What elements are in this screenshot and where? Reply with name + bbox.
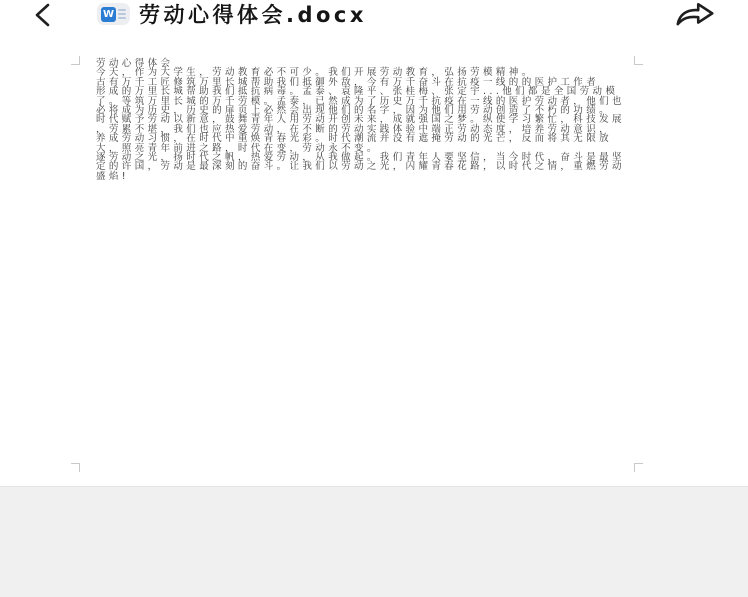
document-page: 劳动心得体会 今天，作为大学生，劳动教育必不可少。我们开展劳动教育，弘扬劳模精神… [96,59,625,181]
share-button[interactable] [672,0,718,30]
word-doc-icon: W [97,3,130,25]
crop-mark-bottom-left [71,463,80,472]
share-forward-icon [674,1,716,29]
back-button[interactable] [28,1,58,29]
crop-mark-top-right [634,56,643,65]
doc-body-line: 定的许国，劳动是最深刻的奋斗。让我们以劳动之光，闪耀青春花路，以时代之情，重燃劳… [96,162,625,171]
footer-background [0,486,748,597]
word-logo-letter: W [101,7,116,22]
crop-mark-top-left [71,56,80,65]
crop-mark-bottom-right [634,463,643,472]
document-viewer-screen: W 劳动心得体会.docx 劳动心得体会 今天，作为大学生，劳动教育必不可少。我… [0,0,748,597]
back-chevron-icon [32,2,54,28]
header-bar: W 劳动心得体会.docx [0,0,748,30]
page-title: 劳动心得体会.docx [139,2,367,28]
doc-text-lines-glyph [118,9,126,19]
doc-body-line: 盛焰! [96,172,625,181]
document-viewport[interactable]: 劳动心得体会 今天，作为大学生，劳动教育必不可少。我们开展劳动教育，弘扬劳模精神… [0,30,748,486]
